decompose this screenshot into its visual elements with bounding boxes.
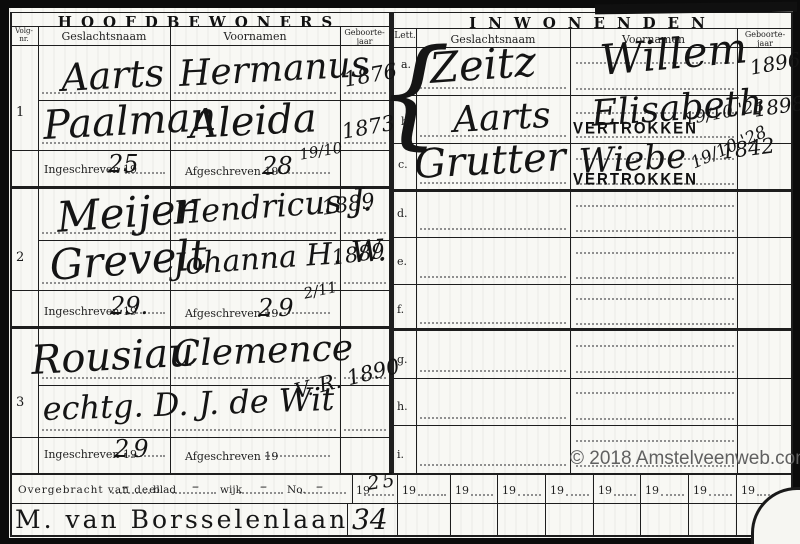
- house-number: 34: [352, 503, 388, 536]
- ingeschreven-value: 29.: [110, 292, 148, 320]
- dotted-writing-line: [300, 492, 346, 494]
- dotted-writing-line: [661, 494, 684, 496]
- blad-label: blad: [153, 484, 176, 496]
- dotted-writing-line: [614, 494, 636, 496]
- dotted-writing-line: [576, 323, 734, 325]
- afgeschreven-value: 28: [262, 152, 293, 180]
- afgeschreven-value: 29: [258, 294, 299, 322]
- lett-label: h.: [397, 400, 408, 413]
- ingeschreven-value: 25: [108, 150, 139, 178]
- year-cell-value: 25: [366, 469, 399, 495]
- rule: [497, 473, 498, 503]
- rule: [394, 237, 792, 238]
- lett-label: a.: [401, 58, 411, 71]
- entry-surname: Zeitz: [428, 37, 538, 93]
- rule: [38, 26, 39, 473]
- rule: [10, 473, 792, 475]
- blad-value: –: [192, 479, 199, 495]
- dotted-writing-line: [576, 392, 734, 394]
- lett-label: g.: [397, 353, 408, 366]
- copyright-watermark: © 2018 Amstelveenweb.com: [570, 448, 800, 470]
- dotted-writing-line: [576, 371, 734, 373]
- scanned-register-page: HOOFDBEWONERS Volg- nr. Geslachtsnaam Vo…: [0, 0, 800, 544]
- rule: [10, 12, 12, 537]
- year-cell: 19: [502, 484, 516, 497]
- dotted-writing-line: [576, 345, 734, 347]
- rule: [736, 503, 737, 535]
- dotted-writing-line: [471, 494, 493, 496]
- year-cell: 19: [598, 484, 612, 497]
- no-value: –: [316, 479, 323, 495]
- year-cell: 19: [741, 484, 755, 497]
- dotted-writing-line: [420, 417, 566, 419]
- dotted-writing-line: [709, 494, 732, 496]
- section-title-hoofdbewoners: HOOFDBEWONERS: [10, 13, 389, 31]
- entry-given-name: Clemence: [172, 328, 354, 375]
- dotted-writing-line: [566, 494, 589, 496]
- dotted-writing-line: [344, 282, 386, 284]
- dotted-writing-line: [420, 322, 566, 324]
- col-header-geslachtsnaam-left: Geslachtsnaam: [38, 30, 170, 43]
- rule: [450, 503, 451, 535]
- rule: [394, 425, 792, 426]
- col-header-voornamen-left: Voornamen: [170, 30, 340, 43]
- lett-label: d.: [397, 207, 408, 220]
- rule: [352, 473, 353, 503]
- entry-surname: Aarts: [452, 95, 552, 141]
- dotted-writing-line: [42, 429, 168, 431]
- dotted-writing-line: [576, 205, 734, 207]
- rule: [593, 503, 594, 535]
- rule: [397, 503, 398, 535]
- wijk-value: –: [260, 479, 267, 495]
- dotted-writing-line: [576, 252, 734, 254]
- dotted-writing-line: [418, 494, 446, 496]
- vertrokken-stamp: VERTROKKEN: [573, 170, 698, 189]
- dotted-writing-line: [576, 230, 734, 232]
- entry-surname: Rousiau: [30, 329, 195, 383]
- vertrokken-stamp: VERTROKKEN: [573, 119, 698, 138]
- dotted-writing-line: [576, 277, 734, 279]
- dotted-writing-line: [344, 429, 386, 431]
- year-cell: 19: [402, 484, 416, 497]
- entry-surname: Grutter: [413, 134, 567, 188]
- dotted-writing-line: [576, 418, 734, 420]
- overgebracht-label: Overgebracht van deel: [18, 484, 161, 496]
- rule: [545, 473, 546, 503]
- rule: [640, 473, 641, 503]
- rule: [10, 503, 792, 504]
- rule: [497, 503, 498, 535]
- rule: [736, 473, 737, 503]
- volgnr: 2: [16, 250, 24, 265]
- dotted-writing-line: [420, 370, 566, 372]
- dotted-writing-line: [518, 494, 541, 496]
- year-cell: 19: [645, 484, 659, 497]
- dotted-writing-line: [420, 464, 566, 466]
- rule: [640, 503, 641, 535]
- wijk-label: wijk: [220, 484, 242, 496]
- year-cell: 19: [550, 484, 564, 497]
- rule: [10, 535, 792, 537]
- col-header-volgnr: Volg- nr.: [11, 27, 37, 43]
- volgnr: 3: [16, 395, 24, 410]
- deel-value: –: [122, 479, 129, 495]
- entry-given-name: Aleida: [188, 95, 318, 148]
- rule: [791, 12, 793, 502]
- lett-label: c.: [398, 158, 408, 171]
- rule: [450, 473, 451, 503]
- lett-label: f.: [397, 303, 404, 316]
- year-cell: 19: [693, 484, 707, 497]
- dotted-writing-line: [420, 276, 566, 278]
- rule: [593, 473, 594, 503]
- rule: [394, 328, 792, 331]
- no-label: No.: [287, 484, 306, 496]
- entry-surname: Aarts: [60, 51, 165, 100]
- street-name: M. van Borsselenlaan: [15, 505, 345, 534]
- volgnr: 1: [16, 105, 24, 120]
- rule: [688, 503, 689, 535]
- dotted-writing-line: [576, 440, 734, 442]
- rule: [545, 503, 546, 535]
- year-cell: 19: [455, 484, 469, 497]
- dotted-writing-line: [174, 429, 336, 431]
- rule: [394, 189, 792, 192]
- rule: [394, 284, 792, 285]
- lett-label: b.: [401, 115, 412, 128]
- dotted-writing-line: [420, 228, 566, 230]
- afgeschreven-label: Afgeschreven 19: [185, 450, 278, 463]
- dotted-writing-line: [576, 298, 734, 300]
- rule: [688, 473, 689, 503]
- rule: [394, 378, 792, 379]
- ingeschreven-value: 29: [114, 435, 153, 463]
- rule: [10, 437, 389, 438]
- lett-label: e.: [397, 255, 407, 268]
- lett-label: i.: [397, 448, 404, 461]
